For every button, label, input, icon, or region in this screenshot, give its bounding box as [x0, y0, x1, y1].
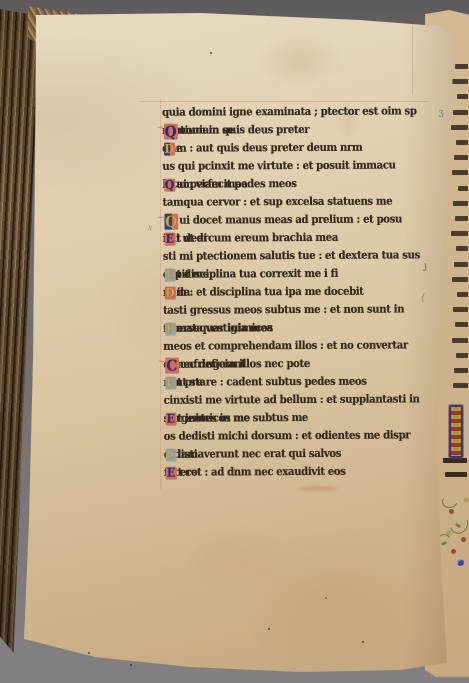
red-berry: [461, 537, 466, 542]
illuminated-initial: E: [165, 467, 176, 480]
text-segment: t pre: [177, 373, 202, 391]
facing-page-text-line: [455, 322, 468, 327]
facing-page-text-line: [457, 94, 468, 99]
text-segment: t disciplina tua correxit me i fi: [177, 265, 338, 284]
illuminated-initial: D: [164, 143, 175, 156]
text-segment: meos et comprehendam illos : et no conve…: [163, 336, 408, 355]
red-berry: [451, 549, 456, 554]
facing-illuminated-initial: [449, 405, 463, 458]
facing-page-text-line: [452, 277, 468, 282]
facing-page-text-line: [451, 231, 468, 236]
text-segment: onfringam illos nec pote: [180, 355, 310, 374]
gold-dot: [447, 531, 451, 535]
text-line: didisti Clamaverunt nec erat qui salvos: [164, 444, 411, 463]
text-segment: ersequar inimicos: [177, 319, 273, 338]
facing-page-text-line: [458, 186, 468, 191]
text-line: dnm : aut quis deus preter deum nrm D e: [162, 138, 409, 157]
text-segment: dnm : aut quis deus preter deum nrm: [162, 139, 362, 158]
red-berry: [449, 509, 454, 514]
facing-page-text-line: [456, 353, 468, 358]
facing-page-text-line: [451, 125, 468, 130]
facing-page-text-line: [455, 216, 468, 221]
text-segment: us qui pcinxit me virtute : et posuit im…: [162, 156, 395, 175]
text-segment: ui perfecit pedes meos: [176, 175, 296, 194]
text-segment: os dedisti michi dorsum : et odientes me…: [164, 426, 411, 445]
text-block: quia domini igne examinata ; ptector est…: [162, 102, 432, 481]
text-line: Qui docet manus meas ad prelium : et pos…: [163, 210, 410, 229]
text-line: isti ut arcum ereum brachia mea Et dedi: [163, 228, 410, 247]
illuminated-initial: Q: [164, 214, 178, 230]
facing-page-text-line: [457, 292, 468, 297]
illuminated-initial: D: [164, 287, 175, 300]
facing-page-text-fragment: [443, 458, 467, 463]
illuminated-initial: C: [165, 449, 176, 462]
text-line: us qui pcinxit me virtute : et posuit im…: [162, 156, 409, 175]
text-segment: t co: [178, 464, 198, 482]
margin-flourish-mark: x: [147, 223, 154, 233]
facing-page-text-line: [453, 383, 468, 388]
text-segment: ila: [177, 284, 190, 302]
facing-page-text-line: [454, 262, 468, 267]
illuminated-initial: Q: [164, 179, 175, 192]
text-line: donec deficiant Confringam illos nec pot…: [163, 354, 410, 373]
facing-page-text-line: [456, 140, 468, 145]
speck: [268, 628, 270, 630]
speck: [88, 652, 90, 654]
text-segment: t dedi: [176, 229, 207, 247]
text-segment: sti mi ptectionem salutis tue : et dexte…: [163, 246, 420, 265]
text-line: cinxisti me virtute ad bellum : et suppl…: [164, 390, 411, 409]
text-line: cepit me Et disciplina tua correxit me i…: [163, 264, 410, 283]
ruling-line-vertical: [160, 98, 161, 490]
illuminated-initial: E: [164, 269, 175, 282]
text-line: nem : et disciplina tua ipa me docebit D…: [163, 282, 410, 301]
illuminated-initial: P: [165, 323, 176, 336]
speck: [130, 664, 132, 666]
illuminated-initial: E: [165, 377, 176, 390]
text-segment: e: [176, 140, 182, 158]
text-line: surgentes in me subtus me Et inimicos me: [164, 408, 411, 427]
speck: [210, 52, 212, 54]
manuscript-page: quia domini igne examinata ; ptector est…: [0, 0, 469, 683]
text-line: rantium in se Quoniam quis deus preter: [162, 120, 409, 139]
facing-page-text-line: [454, 155, 468, 160]
text-line: os dedisti michi dorsum : et odientes me…: [164, 426, 411, 445]
text-line: tamqua cervor : et sup excelsa statuens …: [162, 192, 409, 211]
text-segment: tamqua cervor : et sup excelsa statuens …: [162, 192, 392, 211]
illuminated-initial: E: [165, 413, 176, 426]
facing-page-text-line: [456, 246, 468, 251]
red-ink-smudge: [297, 486, 337, 491]
speck: [362, 641, 364, 643]
text-segment: cinxisti me virtute ad bellum : et suppl…: [164, 390, 420, 409]
manuscript-photo: quia domini igne examinata ; ptector est…: [0, 0, 469, 683]
text-segment: lamaverunt nec erat qui salvos: [178, 445, 342, 464]
facing-page-text-line: [454, 368, 468, 373]
illuminated-initial: E: [164, 233, 175, 246]
facing-page-text-line: [452, 170, 468, 175]
text-segment: t inimicos me: [177, 409, 249, 427]
facing-page-text-line: [452, 338, 468, 343]
teal-pen-mark: ʒ: [439, 108, 444, 117]
text-line: meos et comprehendam illos : et no conve…: [163, 336, 410, 355]
pen-trial-mark: ȷ: [424, 261, 427, 272]
facing-page-text-column: [449, 64, 468, 404]
text-line: firmata vestigia mea Persequar inimicos: [163, 318, 410, 337]
text-line: tasti gressus meos subtus me : et non su…: [163, 300, 410, 319]
text-segment: ui docet manus meas ad prelium : et posu: [179, 210, 402, 229]
text-segment: quia domini igne examinata ; ptector est…: [162, 102, 417, 121]
text-line: quia domini igne examinata ; ptector est…: [162, 102, 409, 121]
text-segment: nem : et disciplina tua ipa me docebit: [163, 283, 364, 302]
text-line: latam viam mea Qui perfecit pedes meos: [162, 174, 409, 193]
facing-page-text-line: [453, 110, 468, 115]
facing-page-text-line: [452, 79, 468, 84]
gold-dot: [464, 498, 468, 502]
page-crease: [412, 20, 413, 95]
vine-stem: [440, 492, 460, 511]
speck: [325, 597, 327, 599]
blue-flower: [457, 559, 464, 566]
illuminated-initial: Q: [163, 124, 177, 140]
facing-page-text-line: [453, 201, 468, 206]
facing-page-text-fragment: [445, 472, 467, 477]
illuminated-initial: C: [165, 358, 179, 374]
text-line: sti mi ptectionem salutis tue : et dexte…: [163, 246, 410, 265]
facing-page-text-line: [453, 307, 468, 312]
text-segment: tasti gressus meos subtus me : et non su…: [163, 300, 404, 319]
text-line: runt stare : cadent subtus pedes meos Et…: [163, 372, 410, 391]
text-segment: uoniam quis deus preter: [179, 121, 310, 140]
facing-page-text-line: [455, 64, 468, 69]
text-line: faceret : ad dnm nec exaudivit eos Et co: [164, 462, 411, 481]
